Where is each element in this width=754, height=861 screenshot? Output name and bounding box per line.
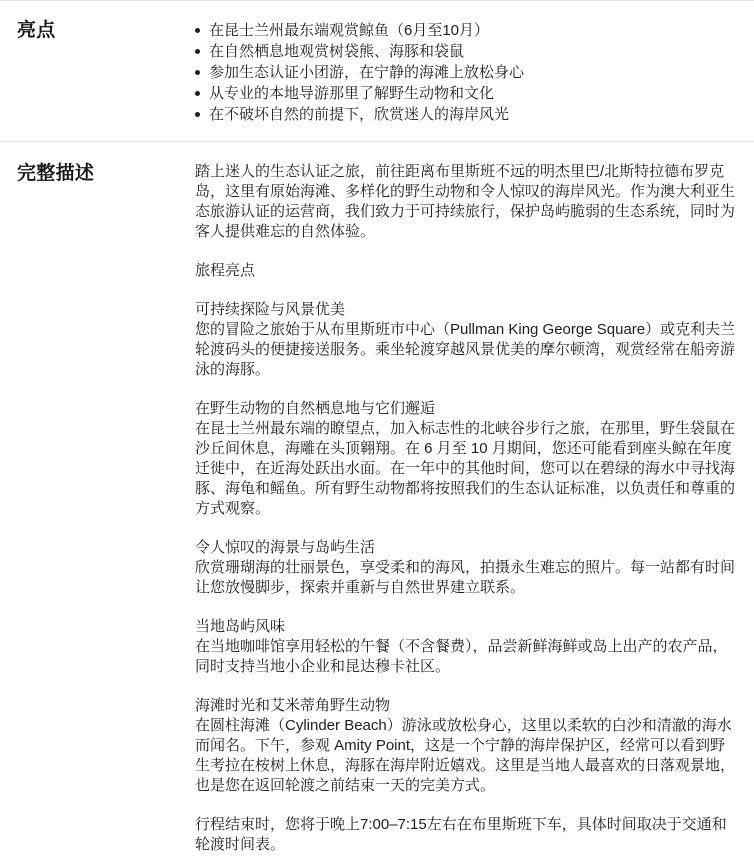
description-block-title: 海滩时光和艾米蒂角野生动物: [195, 696, 737, 716]
highlight-text: 在不破坏自然的前提下，欣赏迷人的海岸风光: [209, 104, 509, 125]
highlight-text: 从专业的本地导游那里了解野生动物和文化: [209, 83, 494, 104]
description-block-beach-time: 海滩时光和艾米蒂角野生动物 在圆柱海滩（Cylinder Beach）游泳或放松…: [195, 696, 737, 796]
highlight-item: 从专业的本地导游那里了解野生动物和文化: [195, 83, 737, 104]
highlights-list: 在昆士兰州最东端观赏鲸鱼（6月至10月） 在自然栖息地观赏树袋熊、海豚和袋鼠 参…: [195, 20, 737, 125]
highlight-item: 在自然栖息地观赏树袋熊、海豚和袋鼠: [195, 41, 737, 62]
highlights-heading: 亮点: [17, 19, 195, 43]
bullet-icon: [195, 112, 200, 117]
description-block-trip-highlights: 旅程亮点: [195, 261, 737, 281]
description-block-sea-views: 令人惊叹的海景与岛屿生活 欣赏珊瑚海的壮丽景色，享受柔和的海风，拍摄永生难忘的照…: [195, 538, 737, 598]
description-block-title: 在野生动物的自然栖息地与它们邂逅: [195, 399, 737, 419]
description-block-body: 在圆柱海滩（Cylinder Beach）游泳或放松身心，这里以柔软的白沙和清澈…: [195, 716, 737, 796]
description-block-wildlife: 在野生动物的自然栖息地与它们邂逅 在昆士兰州最东端的瞭望点，加入标志性的北峡谷步…: [195, 399, 737, 519]
description-block-body: 欣赏珊瑚海的壮丽景色，享受柔和的海风，拍摄永生难忘的照片。每一站都有时间让您放慢…: [195, 558, 737, 598]
bullet-icon: [195, 70, 200, 75]
highlight-item: 参加生态认证小团游，在宁静的海滩上放松身心: [195, 62, 737, 83]
highlight-text: 在昆士兰州最东端观赏鲸鱼（6月至10月）: [209, 20, 489, 41]
highlights-content-column: 在昆士兰州最东端观赏鲸鱼（6月至10月） 在自然栖息地观赏树袋熊、海豚和袋鼠 参…: [195, 19, 737, 125]
description-block-body: 在昆士兰州最东端的瞭望点，加入标志性的北峡谷步行之旅，在那里，野生袋鼠在沙丘间休…: [195, 419, 737, 519]
description-block-local-flavors: 当地岛屿风味 在当地咖啡馆享用轻松的午餐（不含餐费），品尝新鲜海鲜或岛上出产的农…: [195, 617, 737, 677]
full-description-heading: 完整描述: [17, 162, 195, 186]
description-block-body: 行程结束时，您将于晚上7:00–7:15左右在布里斯班下车，具体时间取决于交通和…: [195, 815, 737, 855]
description-block-title: 当地岛屿风味: [195, 617, 737, 637]
description-block-title: 令人惊叹的海景与岛屿生活: [195, 538, 737, 558]
description-block-intro: 踏上迷人的生态认证之旅，前往距离布里斯班不远的明杰里巴/北斯特拉德布罗克岛，这里…: [195, 162, 737, 242]
description-block-body: 您的冒险之旅始于从布里斯班市中心（Pullman King George Squ…: [195, 320, 737, 380]
description-block-dropoff: 行程结束时，您将于晚上7:00–7:15左右在布里斯班下车，具体时间取决于交通和…: [195, 815, 737, 855]
section-full-description: 完整描述 踏上迷人的生态认证之旅，前往距离布里斯班不远的明杰里巴/北斯特拉德布罗…: [0, 142, 754, 861]
description-content-column: 踏上迷人的生态认证之旅，前往距离布里斯班不远的明杰里巴/北斯特拉德布罗克岛，这里…: [195, 162, 737, 855]
description-block-title: 旅程亮点: [195, 261, 737, 281]
bullet-icon: [195, 91, 200, 96]
description-label-column: 完整描述: [17, 162, 195, 186]
highlight-text: 在自然栖息地观赏树袋熊、海豚和袋鼠: [209, 41, 464, 62]
description-block-body: 踏上迷人的生态认证之旅，前往距离布里斯班不远的明杰里巴/北斯特拉德布罗克岛，这里…: [195, 162, 737, 242]
highlights-label-column: 亮点: [17, 19, 195, 43]
highlight-item: 在昆士兰州最东端观赏鲸鱼（6月至10月）: [195, 20, 737, 41]
section-highlights: 亮点 在昆士兰州最东端观赏鲸鱼（6月至10月） 在自然栖息地观赏树袋熊、海豚和袋…: [0, 1, 754, 141]
description-block-title: 可持续探险与风景优美: [195, 300, 737, 320]
highlight-item: 在不破坏自然的前提下，欣赏迷人的海岸风光: [195, 104, 737, 125]
tour-details-page: 亮点 在昆士兰州最东端观赏鲸鱼（6月至10月） 在自然栖息地观赏树袋熊、海豚和袋…: [0, 0, 754, 861]
description-block-sustainable: 可持续探险与风景优美 您的冒险之旅始于从布里斯班市中心（Pullman King…: [195, 300, 737, 380]
bullet-icon: [195, 49, 200, 54]
description-block-body: 在当地咖啡馆享用轻松的午餐（不含餐费），品尝新鲜海鲜或岛上出产的农产品，同时支持…: [195, 637, 737, 677]
highlight-text: 参加生态认证小团游，在宁静的海滩上放松身心: [209, 62, 524, 83]
bullet-icon: [195, 28, 200, 33]
